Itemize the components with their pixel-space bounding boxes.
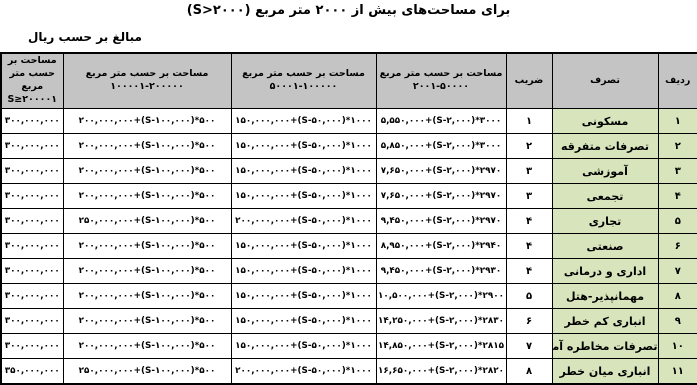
row-number-cell: ۷: [658, 259, 697, 284]
fee-formula-50001-100000-cell: ۱۵۰,۰۰۰,۰۰۰+(S-۵۰,۰۰۰)*۱۰۰۰: [231, 184, 376, 209]
fee-formula-2001-50000-cell: ۸,۹۵۰,۰۰۰+(S-۲,۰۰۰)*۲۹۴۰: [376, 234, 506, 259]
page-title-text: برای مساحت‌های بیش از ۲۰۰۰ متر مربع: [255, 3, 510, 18]
fee-formula-100001-200000-cell: ۲۰۰,۰۰۰,۰۰۰+(S-۱۰۰,۰۰۰)*۵۰۰: [63, 134, 231, 159]
fee-formula-50001-100000-cell: ۱۵۰,۰۰۰,۰۰۰+(S-۵۰,۰۰۰)*۱۰۰۰: [231, 134, 376, 159]
header-label: مساحت بر حسب متر مربع: [377, 68, 506, 81]
occupancy-cell: مهمانپذیر-هتل: [552, 284, 658, 309]
row-number-cell: ۱: [658, 109, 697, 134]
header-area-2001-50000: مساحت بر حسب متر مربع ۲۰۰۱-۵۰۰۰۰: [376, 53, 506, 109]
occupancy-cell: تصرفات مخاطره آمیز: [552, 334, 658, 359]
table-row: ۳آموزشی۳۷,۶۵۰,۰۰۰+(S-۲,۰۰۰)*۲۹۷۰۱۵۰,۰۰۰,…: [1, 159, 697, 184]
coefficient-cell: ۳: [506, 159, 552, 184]
fee-formula-50001-100000-cell: ۱۵۰,۰۰۰,۰۰۰+(S-۵۰,۰۰۰)*۱۰۰۰: [231, 259, 376, 284]
fee-amount-ge-200001-cell: ۳۰۰,۰۰۰,۰۰۰: [1, 334, 63, 359]
coefficient-cell: ۳: [506, 184, 552, 209]
coefficient-cell: ۸: [506, 359, 552, 385]
coefficient-cell: ۲: [506, 134, 552, 159]
row-number-cell: ۱۱: [658, 359, 697, 385]
table-row: ۵تجاری۴۹,۴۵۰,۰۰۰+(S-۲,۰۰۰)*۲۹۷۰۲۰۰,۰۰۰,۰…: [1, 209, 697, 234]
header-area-ge-200001: مساحت بر حسب متر مربع S≥۲۰۰۰۰۱: [1, 53, 63, 109]
document-page: { "page": { "title_text": "برای مساحت‌ها…: [0, 0, 697, 385]
coefficient-cell: ۴: [506, 209, 552, 234]
fee-amount-ge-200001-cell: ۳۰۰,۰۰۰,۰۰۰: [1, 109, 63, 134]
header-label: ردیف: [659, 75, 697, 88]
fee-formula-100001-200000-cell: ۲۰۰,۰۰۰,۰۰۰+(S-۱۰۰,۰۰۰)*۵۰۰: [63, 309, 231, 334]
fee-formula-2001-50000-cell: ۷,۶۵۰,۰۰۰+(S-۲,۰۰۰)*۲۹۷۰: [376, 159, 506, 184]
occupancy-cell: تجاری: [552, 209, 658, 234]
table-row: ۱۱انباری میان خطر۸۱۶,۶۵۰,۰۰۰+(S-۲,۰۰۰)*۲…: [1, 359, 697, 385]
fee-formula-50001-100000-cell: ۱۵۰,۰۰۰,۰۰۰+(S-۵۰,۰۰۰)*۱۰۰۰: [231, 159, 376, 184]
coefficient-cell: ۵: [506, 284, 552, 309]
coefficient-cell: ۱: [506, 109, 552, 134]
occupancy-cell: تصرفات متفرقه: [552, 134, 658, 159]
occupancy-cell: انباری میان خطر: [552, 359, 658, 385]
occupancy-cell: مسکونی: [552, 109, 658, 134]
row-number-cell: ۱۰: [658, 334, 697, 359]
row-number-cell: ۹: [658, 309, 697, 334]
table-body: ۱مسکونی۱۵,۵۵۰,۰۰۰+(S-۲,۰۰۰)*۳۰۰۰۱۵۰,۰۰۰,…: [1, 109, 697, 385]
coefficient-cell: ۴: [506, 234, 552, 259]
header-area-50001-100000: مساحت بر حسب متر مربع ۵۰۰۰۱-۱۰۰۰۰۰: [231, 53, 376, 109]
fee-formula-50001-100000-cell: ۱۵۰,۰۰۰,۰۰۰+(S-۵۰,۰۰۰)*۱۰۰۰: [231, 334, 376, 359]
fee-formula-100001-200000-cell: ۲۰۰,۰۰۰,۰۰۰+(S-۱۰۰,۰۰۰)*۵۰۰: [63, 334, 231, 359]
fee-amount-ge-200001-cell: ۳۵۰,۰۰۰,۰۰۰: [1, 359, 63, 385]
table-row: ۶صنعتی۴۸,۹۵۰,۰۰۰+(S-۲,۰۰۰)*۲۹۴۰۱۵۰,۰۰۰,۰…: [1, 234, 697, 259]
fee-amount-ge-200001-cell: ۳۰۰,۰۰۰,۰۰۰: [1, 134, 63, 159]
fee-formula-2001-50000-cell: ۱۴,۲۵۰,۰۰۰+(S-۲,۰۰۰)*۲۸۳۰: [376, 309, 506, 334]
fee-formula-2001-50000-cell: ۷,۶۵۰,۰۰۰+(S-۲,۰۰۰)*۲۹۷۰: [376, 184, 506, 209]
fee-formula-50001-100000-cell: ۱۵۰,۰۰۰,۰۰۰+(S-۵۰,۰۰۰)*۱۰۰۰: [231, 309, 376, 334]
fee-formula-100001-200000-cell: ۲۰۰,۰۰۰,۰۰۰+(S-۱۰۰,۰۰۰)*۵۰۰: [63, 184, 231, 209]
fee-amount-ge-200001-cell: ۳۰۰,۰۰۰,۰۰۰: [1, 209, 63, 234]
table-row: ۹انباری کم خطر۶۱۴,۲۵۰,۰۰۰+(S-۲,۰۰۰)*۲۸۳۰…: [1, 309, 697, 334]
fee-amount-ge-200001-cell: ۳۰۰,۰۰۰,۰۰۰: [1, 234, 63, 259]
coefficient-cell: ۷: [506, 334, 552, 359]
fee-amount-ge-200001-cell: ۳۰۰,۰۰۰,۰۰۰: [1, 159, 63, 184]
fee-formula-2001-50000-cell: ۱۴,۸۵۰,۰۰۰+(S-۲,۰۰۰)*۲۸۱۵: [376, 334, 506, 359]
header-range: S≥۲۰۰۰۰۱: [2, 94, 63, 107]
table-row: ۲تصرفات متفرقه۲۵,۸۵۰,۰۰۰+(S-۲,۰۰۰)*۳۰۰۰۱…: [1, 134, 697, 159]
fee-formula-2001-50000-cell: ۱۰,۵۰۰,۰۰۰+(S-۲,۰۰۰)*۲۹۰۰: [376, 284, 506, 309]
table-row: ۱۰تصرفات مخاطره آمیز۷۱۴,۸۵۰,۰۰۰+(S-۲,۰۰۰…: [1, 334, 697, 359]
header-label: ضریب: [507, 75, 552, 88]
occupancy-cell: آموزشی: [552, 159, 658, 184]
fee-amount-ge-200001-cell: ۳۰۰,۰۰۰,۰۰۰: [1, 284, 63, 309]
fee-formula-100001-200000-cell: ۲۰۰,۰۰۰,۰۰۰+(S-۱۰۰,۰۰۰)*۵۰۰: [63, 259, 231, 284]
fee-formula-100001-200000-cell: ۲۰۰,۰۰۰,۰۰۰+(S-۱۰۰,۰۰۰)*۵۰۰: [63, 159, 231, 184]
unit-note: مبالغ بر حسب ریال: [28, 30, 142, 44]
row-number-cell: ۵: [658, 209, 697, 234]
fee-formula-2001-50000-cell: ۹,۴۵۰,۰۰۰+(S-۲,۰۰۰)*۲۹۷۰: [376, 209, 506, 234]
occupancy-cell: صنعتی: [552, 234, 658, 259]
page-title-range: (S>۲۰۰۰): [187, 3, 251, 18]
occupancy-cell: تجمعی: [552, 184, 658, 209]
header-row-number: ردیف: [658, 53, 697, 109]
fee-formula-50001-100000-cell: ۲۰۰,۰۰۰,۰۰۰+(S-۵۰,۰۰۰)*۱۰۰۰: [231, 359, 376, 385]
header-label: مساحت بر حسب متر مربع: [2, 55, 63, 93]
coefficient-cell: ۶: [506, 309, 552, 334]
fee-amount-ge-200001-cell: ۳۰۰,۰۰۰,۰۰۰: [1, 259, 63, 284]
coefficient-cell: ۴: [506, 259, 552, 284]
fee-formula-2001-50000-cell: ۵,۸۵۰,۰۰۰+(S-۲,۰۰۰)*۳۰۰۰: [376, 134, 506, 159]
fee-amount-ge-200001-cell: ۳۰۰,۰۰۰,۰۰۰: [1, 184, 63, 209]
occupancy-cell: انباری کم خطر: [552, 309, 658, 334]
table-row: ۸مهمانپذیر-هتل۵۱۰,۵۰۰,۰۰۰+(S-۲,۰۰۰)*۲۹۰۰…: [1, 284, 697, 309]
fee-formula-100001-200000-cell: ۲۵۰,۰۰۰,۰۰۰+(S-۱۰۰,۰۰۰)*۵۰۰: [63, 359, 231, 385]
row-number-cell: ۸: [658, 284, 697, 309]
table-row: ۴تجمعی۳۷,۶۵۰,۰۰۰+(S-۲,۰۰۰)*۲۹۷۰۱۵۰,۰۰۰,۰…: [1, 184, 697, 209]
header-area-100001-200000: مساحت بر حسب متر مربع ۱۰۰۰۰۱-۲۰۰۰۰۰: [63, 53, 231, 109]
header-label: تصرف: [553, 75, 658, 88]
fee-formula-100001-200000-cell: ۲۰۰,۰۰۰,۰۰۰+(S-۱۰۰,۰۰۰)*۵۰۰: [63, 234, 231, 259]
table-row: ۷اداری و درمانی۴۹,۴۵۰,۰۰۰+(S-۲,۰۰۰)*۲۹۳۰…: [1, 259, 697, 284]
header-label: مساحت بر حسب متر مربع: [232, 68, 376, 81]
fee-formula-2001-50000-cell: ۹,۴۵۰,۰۰۰+(S-۲,۰۰۰)*۲۹۳۰: [376, 259, 506, 284]
row-number-cell: ۳: [658, 159, 697, 184]
fee-formula-100001-200000-cell: ۲۰۰,۰۰۰,۰۰۰+(S-۱۰۰,۰۰۰)*۵۰۰: [63, 284, 231, 309]
row-number-cell: ۴: [658, 184, 697, 209]
fee-formula-100001-200000-cell: ۲۰۰,۰۰۰,۰۰۰+(S-۱۰۰,۰۰۰)*۵۰۰: [63, 109, 231, 134]
row-number-cell: ۲: [658, 134, 697, 159]
header-occupancy: تصرف: [552, 53, 658, 109]
header-coefficient: ضریب: [506, 53, 552, 109]
fee-formula-2001-50000-cell: ۱۶,۶۵۰,۰۰۰+(S-۲,۰۰۰)*۲۸۲۰: [376, 359, 506, 385]
fee-table: ردیف تصرف ضریب مساحت بر حسب متر مربع ۲۰۰…: [0, 52, 697, 385]
header-range: ۱۰۰۰۰۱-۲۰۰۰۰۰: [64, 81, 231, 94]
fee-formula-100001-200000-cell: ۲۵۰,۰۰۰,۰۰۰+(S-۱۰۰,۰۰۰)*۵۰۰: [63, 209, 231, 234]
header-range: ۵۰۰۰۱-۱۰۰۰۰۰: [232, 81, 376, 94]
table-header-row: ردیف تصرف ضریب مساحت بر حسب متر مربع ۲۰۰…: [1, 53, 697, 109]
fee-amount-ge-200001-cell: ۳۰۰,۰۰۰,۰۰۰: [1, 309, 63, 334]
fee-formula-50001-100000-cell: ۱۵۰,۰۰۰,۰۰۰+(S-۵۰,۰۰۰)*۱۰۰۰: [231, 284, 376, 309]
fee-formula-2001-50000-cell: ۵,۵۵۰,۰۰۰+(S-۲,۰۰۰)*۳۰۰۰: [376, 109, 506, 134]
row-number-cell: ۶: [658, 234, 697, 259]
header-range: ۲۰۰۱-۵۰۰۰۰: [377, 81, 506, 94]
table-row: ۱مسکونی۱۵,۵۵۰,۰۰۰+(S-۲,۰۰۰)*۳۰۰۰۱۵۰,۰۰۰,…: [1, 109, 697, 134]
fee-formula-50001-100000-cell: ۱۵۰,۰۰۰,۰۰۰+(S-۵۰,۰۰۰)*۱۰۰۰: [231, 234, 376, 259]
occupancy-cell: اداری و درمانی: [552, 259, 658, 284]
header-label: مساحت بر حسب متر مربع: [64, 68, 231, 81]
fee-formula-50001-100000-cell: ۱۵۰,۰۰۰,۰۰۰+(S-۵۰,۰۰۰)*۱۰۰۰: [231, 109, 376, 134]
fee-formula-50001-100000-cell: ۲۰۰,۰۰۰,۰۰۰+(S-۵۰,۰۰۰)*۱۰۰۰: [231, 209, 376, 234]
page-title: برای مساحت‌های بیش از ۲۰۰۰ متر مربع (S>۲…: [0, 3, 697, 18]
